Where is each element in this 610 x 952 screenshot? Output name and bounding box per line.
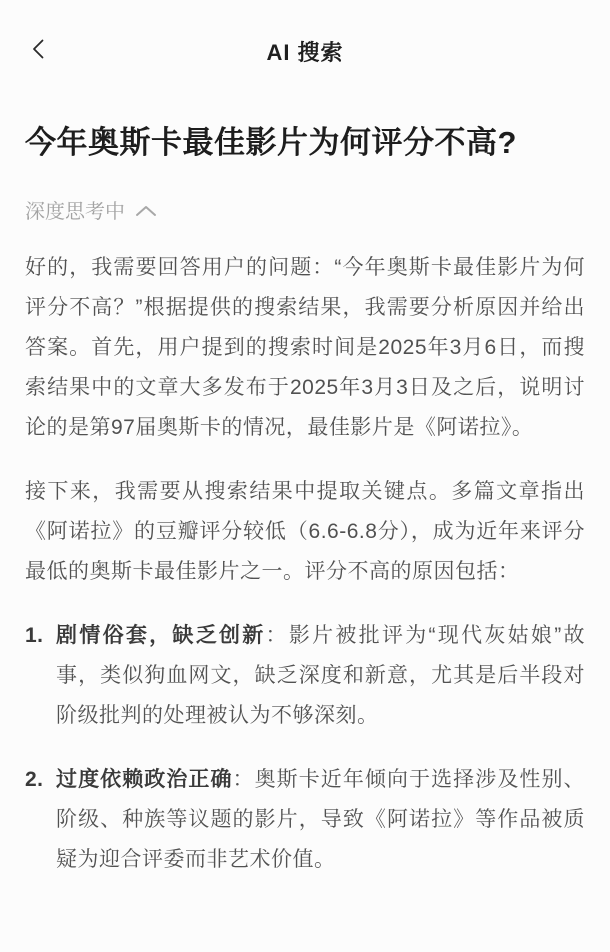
thinking-content: 好的，我需要回答用户的问题：“今年奥斯卡最佳影片为何评分不高？”根据提供的搜索结… — [0, 248, 610, 880]
chevron-left-icon — [27, 37, 51, 66]
list-item-lead: 剧情俗套，缺乏创新 — [56, 624, 266, 647]
list-item-number: 1. — [25, 616, 56, 736]
chevron-up-icon — [135, 204, 157, 218]
list-item-lead: 过度依赖政治正确 — [56, 768, 233, 791]
question-title: 今年奥斯卡最佳影片为何评分不高? — [25, 123, 585, 163]
header: AI 搜索 — [0, 0, 610, 67]
thinking-label: 深度思考中 — [25, 195, 125, 224]
reasoning-paragraph: 接下来，我需要从搜索结果中提取关键点。多篇文章指出《阿诺拉》的豆瓣评分较低（6.… — [25, 472, 585, 592]
thinking-toggle[interactable]: 深度思考中 — [25, 195, 585, 224]
page-title: AI 搜索 — [0, 36, 610, 67]
list-item-number: 2. — [25, 760, 56, 880]
reason-list: 1. 剧情俗套，缺乏创新：影片被批评为“现代灰姑娘”故事，类似狗血网文，缺乏深度… — [25, 616, 585, 880]
list-item-text: 剧情俗套，缺乏创新：影片被批评为“现代灰姑娘”故事，类似狗血网文，缺乏深度和新意… — [56, 616, 585, 736]
list-item-text: 过度依赖政治正确：奥斯卡近年倾向于选择涉及性别、阶级、种族等议题的影片，导致《阿… — [56, 760, 585, 880]
reasoning-paragraph: 好的，我需要回答用户的问题：“今年奥斯卡最佳影片为何评分不高？”根据提供的搜索结… — [25, 248, 585, 448]
back-button[interactable] — [26, 38, 52, 64]
list-item: 1. 剧情俗套，缺乏创新：影片被批评为“现代灰姑娘”故事，类似狗血网文，缺乏深度… — [25, 616, 585, 736]
list-item: 2. 过度依赖政治正确：奥斯卡近年倾向于选择涉及性别、阶级、种族等议题的影片，导… — [25, 760, 585, 880]
